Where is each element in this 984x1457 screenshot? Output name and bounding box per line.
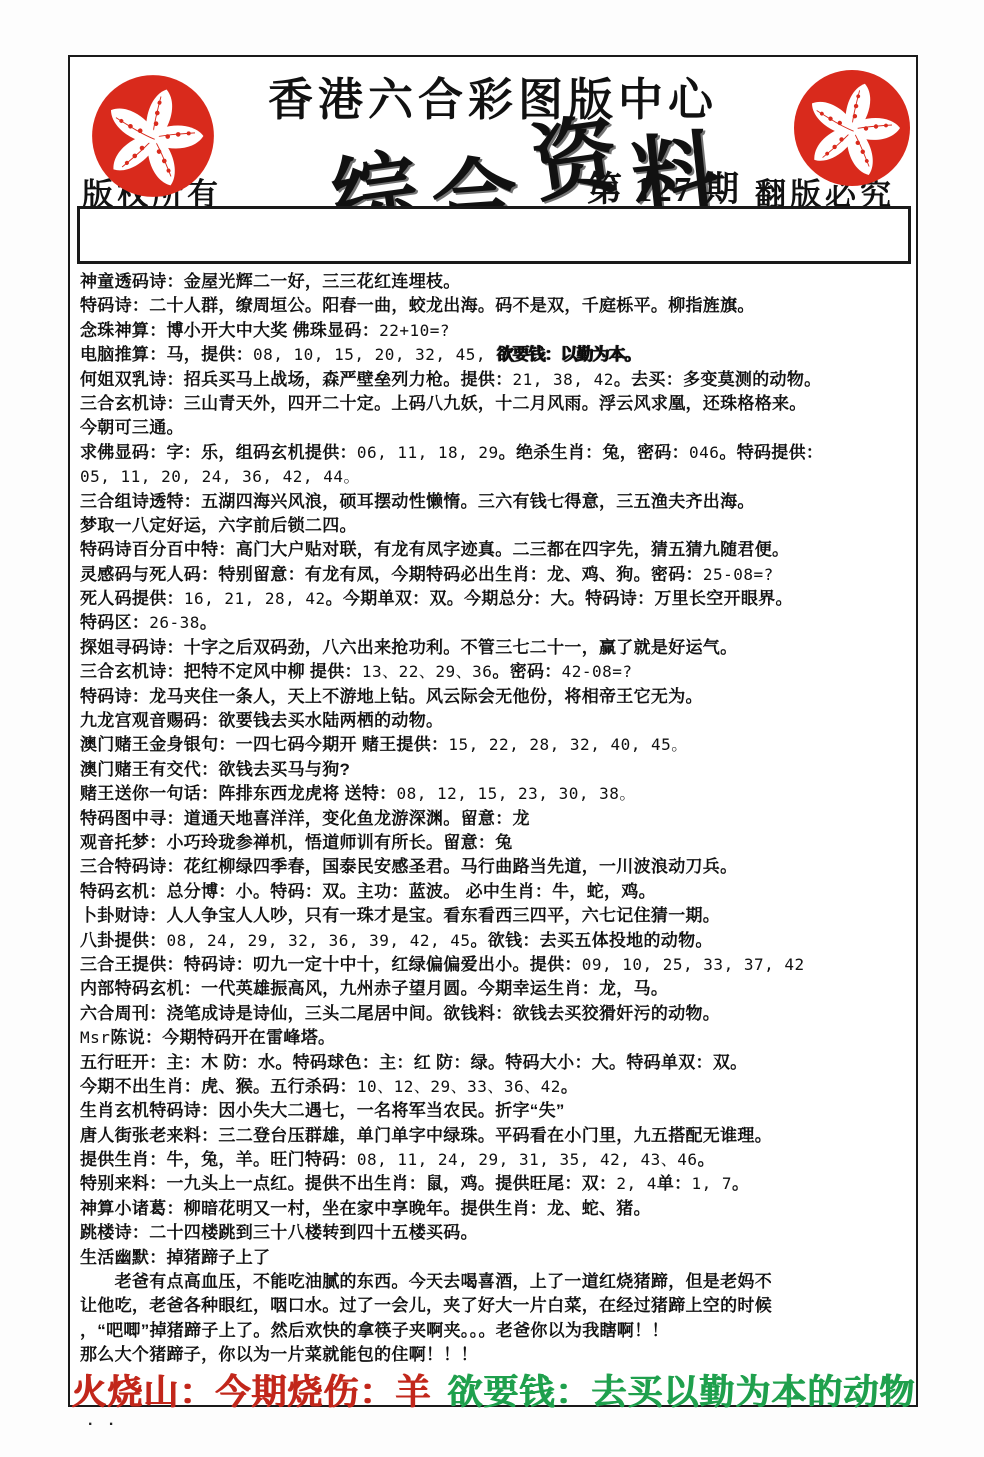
body-line: 九龙宫观音赐码：欲要钱去买水陆两栖的动物。 <box>80 709 910 733</box>
body-line: 唐人街张老来料：三二登台压群雄，单门单字中绿珠。平码看在小门里，九五搭配无谁理。 <box>80 1124 910 1148</box>
bauhinia-flower-icon <box>90 73 216 199</box>
main-border-box: 香港六合彩图版中心 综合资料 第 127 期 版权所有 翻版必究 神童透码诗：金… <box>68 55 918 1407</box>
body-line: 探姐寻码诗：十字之后双码劲，八六出来抢功利。不管三七二十一，赢了就是好运气。 <box>80 636 910 660</box>
body-line: 05, 11, 20, 24, 36, 42, 44。 <box>80 465 910 489</box>
body-line: 三合组诗透特：五湖四海兴风浪，硕耳摆动性懒惰。三六有钱七得意，三五渔夫齐出海。 <box>80 490 910 514</box>
body-line: 念珠神算：博小开大中大奖 佛珠显码：22+10=? <box>80 319 910 343</box>
footer-green-text: 欲要钱：去买以勤为本的动物 <box>447 1365 915 1415</box>
body-line: 死人码提供：16, 21, 28, 42。今期单双：双。今期总分：大。特码诗：万… <box>80 587 910 611</box>
body-line: 求佛显码：字：乐，组码玄机提供：06, 11, 18, 29。绝杀生肖：兔，密码… <box>80 441 910 465</box>
body-line: 提供生肖：牛，兔，羊。旺门特码：08, 11, 24, 29, 31, 35, … <box>80 1148 910 1172</box>
body-line: 今朝可三通。 <box>80 416 910 440</box>
body-line: 那么大个猪蹄子，你以为一片菜就能包的住啊！！！ <box>80 1343 910 1367</box>
body-line: ，“吧唧”掉猪蹄子上了。然后欢快的拿筷子夹啊夹。。。老爸你以为我瞎啊！！ <box>80 1319 910 1343</box>
body-line: 六合周刊：浇笔成诗是诗仙，三头二尾居中间。欲钱料：欲钱去买狡猾奸污的动物。 <box>80 1002 910 1026</box>
body-line: 神算小诸葛：柳暗花明又一村，坐在家中享晚年。提供生肖：龙、蛇、猪。 <box>80 1197 910 1221</box>
body-line: 神童透码诗：金屋光辉二一好，三三花红连埋枝。 <box>80 270 910 294</box>
footer-red-text: 火烧山：今期烧伤：羊 <box>71 1365 431 1415</box>
body-line: 澳门赌王金身银句：一四七码今期开 赌王提供：15, 22, 28, 32, 40… <box>80 733 910 757</box>
body-line: 何姐双乳诗：招兵买马上战场，森严壁垒列力枪。提供：21, 38, 42。去买：多… <box>80 368 910 392</box>
body-line: 三合王提供：特码诗：叨九一定十中十，红绿偏偏爱出小。提供：09, 10, 25,… <box>80 953 910 977</box>
footer-banner: 火烧山：今期烧伤：羊 欲要钱：去买以勤为本的动物 <box>70 1365 916 1415</box>
body-line: 八卦提供：08, 24, 29, 32, 36, 39, 42, 45。欲钱：去… <box>80 929 910 953</box>
body-line: 特码图中寻：道通天地喜洋洋，变化鱼龙游深渊。留意：龙 <box>80 807 910 831</box>
body-line: 澳门赌王有交代：欲钱去买马与狗? <box>80 758 910 782</box>
body-line: 特码诗百分百中特：高门大户贴对联，有龙有凤字迹真。二三都在四字先，猜五猜九随君便… <box>80 538 910 562</box>
body-line: 老爸有点高血压，不能吃油腻的东西。今天去喝喜酒，上了一道红烧猪蹄，但是老妈不 <box>80 1270 910 1294</box>
body-line: 梦取一八定好运，六字前后锁二四。 <box>80 514 910 538</box>
body-line: 生肖玄机特码诗：因小失大二遇七，一名将军当农民。折字“失” <box>80 1099 910 1123</box>
body-line: 特码诗：二十人群，缭周垣公。阳春一曲，蛟龙出海。码不是双，千庭栎平。柳指旌旗。 <box>80 294 910 318</box>
body-line: 三合玄机诗：三山青天外，四开二十定。上码八九妖，十二月风雨。浮云风求凰，还珠格格… <box>80 392 910 416</box>
body-line: 跳楼诗：二十四楼跳到三十八楼转到四十五楼买码。 <box>80 1221 910 1245</box>
body-line: 电脑推算：马，提供：08, 10, 15, 20, 32, 45, 欲要钱：以勤… <box>80 343 910 367</box>
page-dots: . . <box>88 1412 119 1430</box>
body-line: 三合玄机诗：把特不定风中柳 提供：13、22、29、36。密码：42-08=? <box>80 660 910 684</box>
notice-box <box>77 206 911 264</box>
body-line: 赌王送你一句话：阵排东西龙虎将 送特：08, 12, 15, 23, 30, 3… <box>80 782 910 806</box>
body-line: 灵感码与死人码：特别留意：有龙有凤，今期特码必出生肖：龙、鸡、狗。密码：25-0… <box>80 563 910 587</box>
body-line: 特码诗：龙马夹住一条人，天上不游地上钻。风云际会无他份，将相帝王它无为。 <box>80 685 910 709</box>
body-line: 生活幽默：掉猪蹄子上了 <box>80 1246 910 1270</box>
body-line: 特码区：26-38。 <box>80 611 910 635</box>
bauhinia-flower-icon <box>792 68 912 188</box>
body-line: 内部特码玄机：一代英雄振高风，九州赤子望月圆。今期幸运生肖：龙，马。 <box>80 977 910 1001</box>
issue-number: 第 127 期 <box>587 162 741 212</box>
body-line: Msr陈说：今期特码开在雷峰塔。 <box>80 1026 910 1050</box>
body-line: 特码玄机：总分博：小。特码：双。主功：蓝波。 必中生肖：牛，蛇，鸡。 <box>80 880 910 904</box>
body-line: 五行旺开：主：木 防：水。特码球色：主：红 防：绿。特码大小：大。特码单双：双。 <box>80 1051 910 1075</box>
body-line: 三合特码诗：花红柳绿四季春，国泰民安感圣君。马行曲路当先道，一川波浪动刀兵。 <box>80 855 910 879</box>
body-line: 今期不出生肖：虎、猴。五行杀码：10、12、29、33、36、42。 <box>80 1075 910 1099</box>
body-line: 卜卦财诗：人人争宝人人吵，只有一珠才是宝。看东看西三四平，六七记住猜一期。 <box>80 904 910 928</box>
body-line: 让他吃，老爸各种眼红，咽口水。过了一会儿，夹了好大一片白菜，在经过猪蹄上空的时候 <box>80 1294 910 1318</box>
body-line: 特别来料：一九头上一点红。提供不出生肖：鼠，鸡。提供旺尾：双：2, 4单：1, … <box>80 1172 910 1196</box>
body-lines: 神童透码诗：金屋光辉二一好，三三花红连埋枝。特码诗：二十人群，缭周垣公。阳春一曲… <box>80 270 910 1368</box>
body-line: 观音托梦：小巧玲珑参禅机，悟道师训有所长。留意：兔 <box>80 831 910 855</box>
page: { "header": { "title_top": "香港六合彩图版中心", … <box>0 0 984 1457</box>
